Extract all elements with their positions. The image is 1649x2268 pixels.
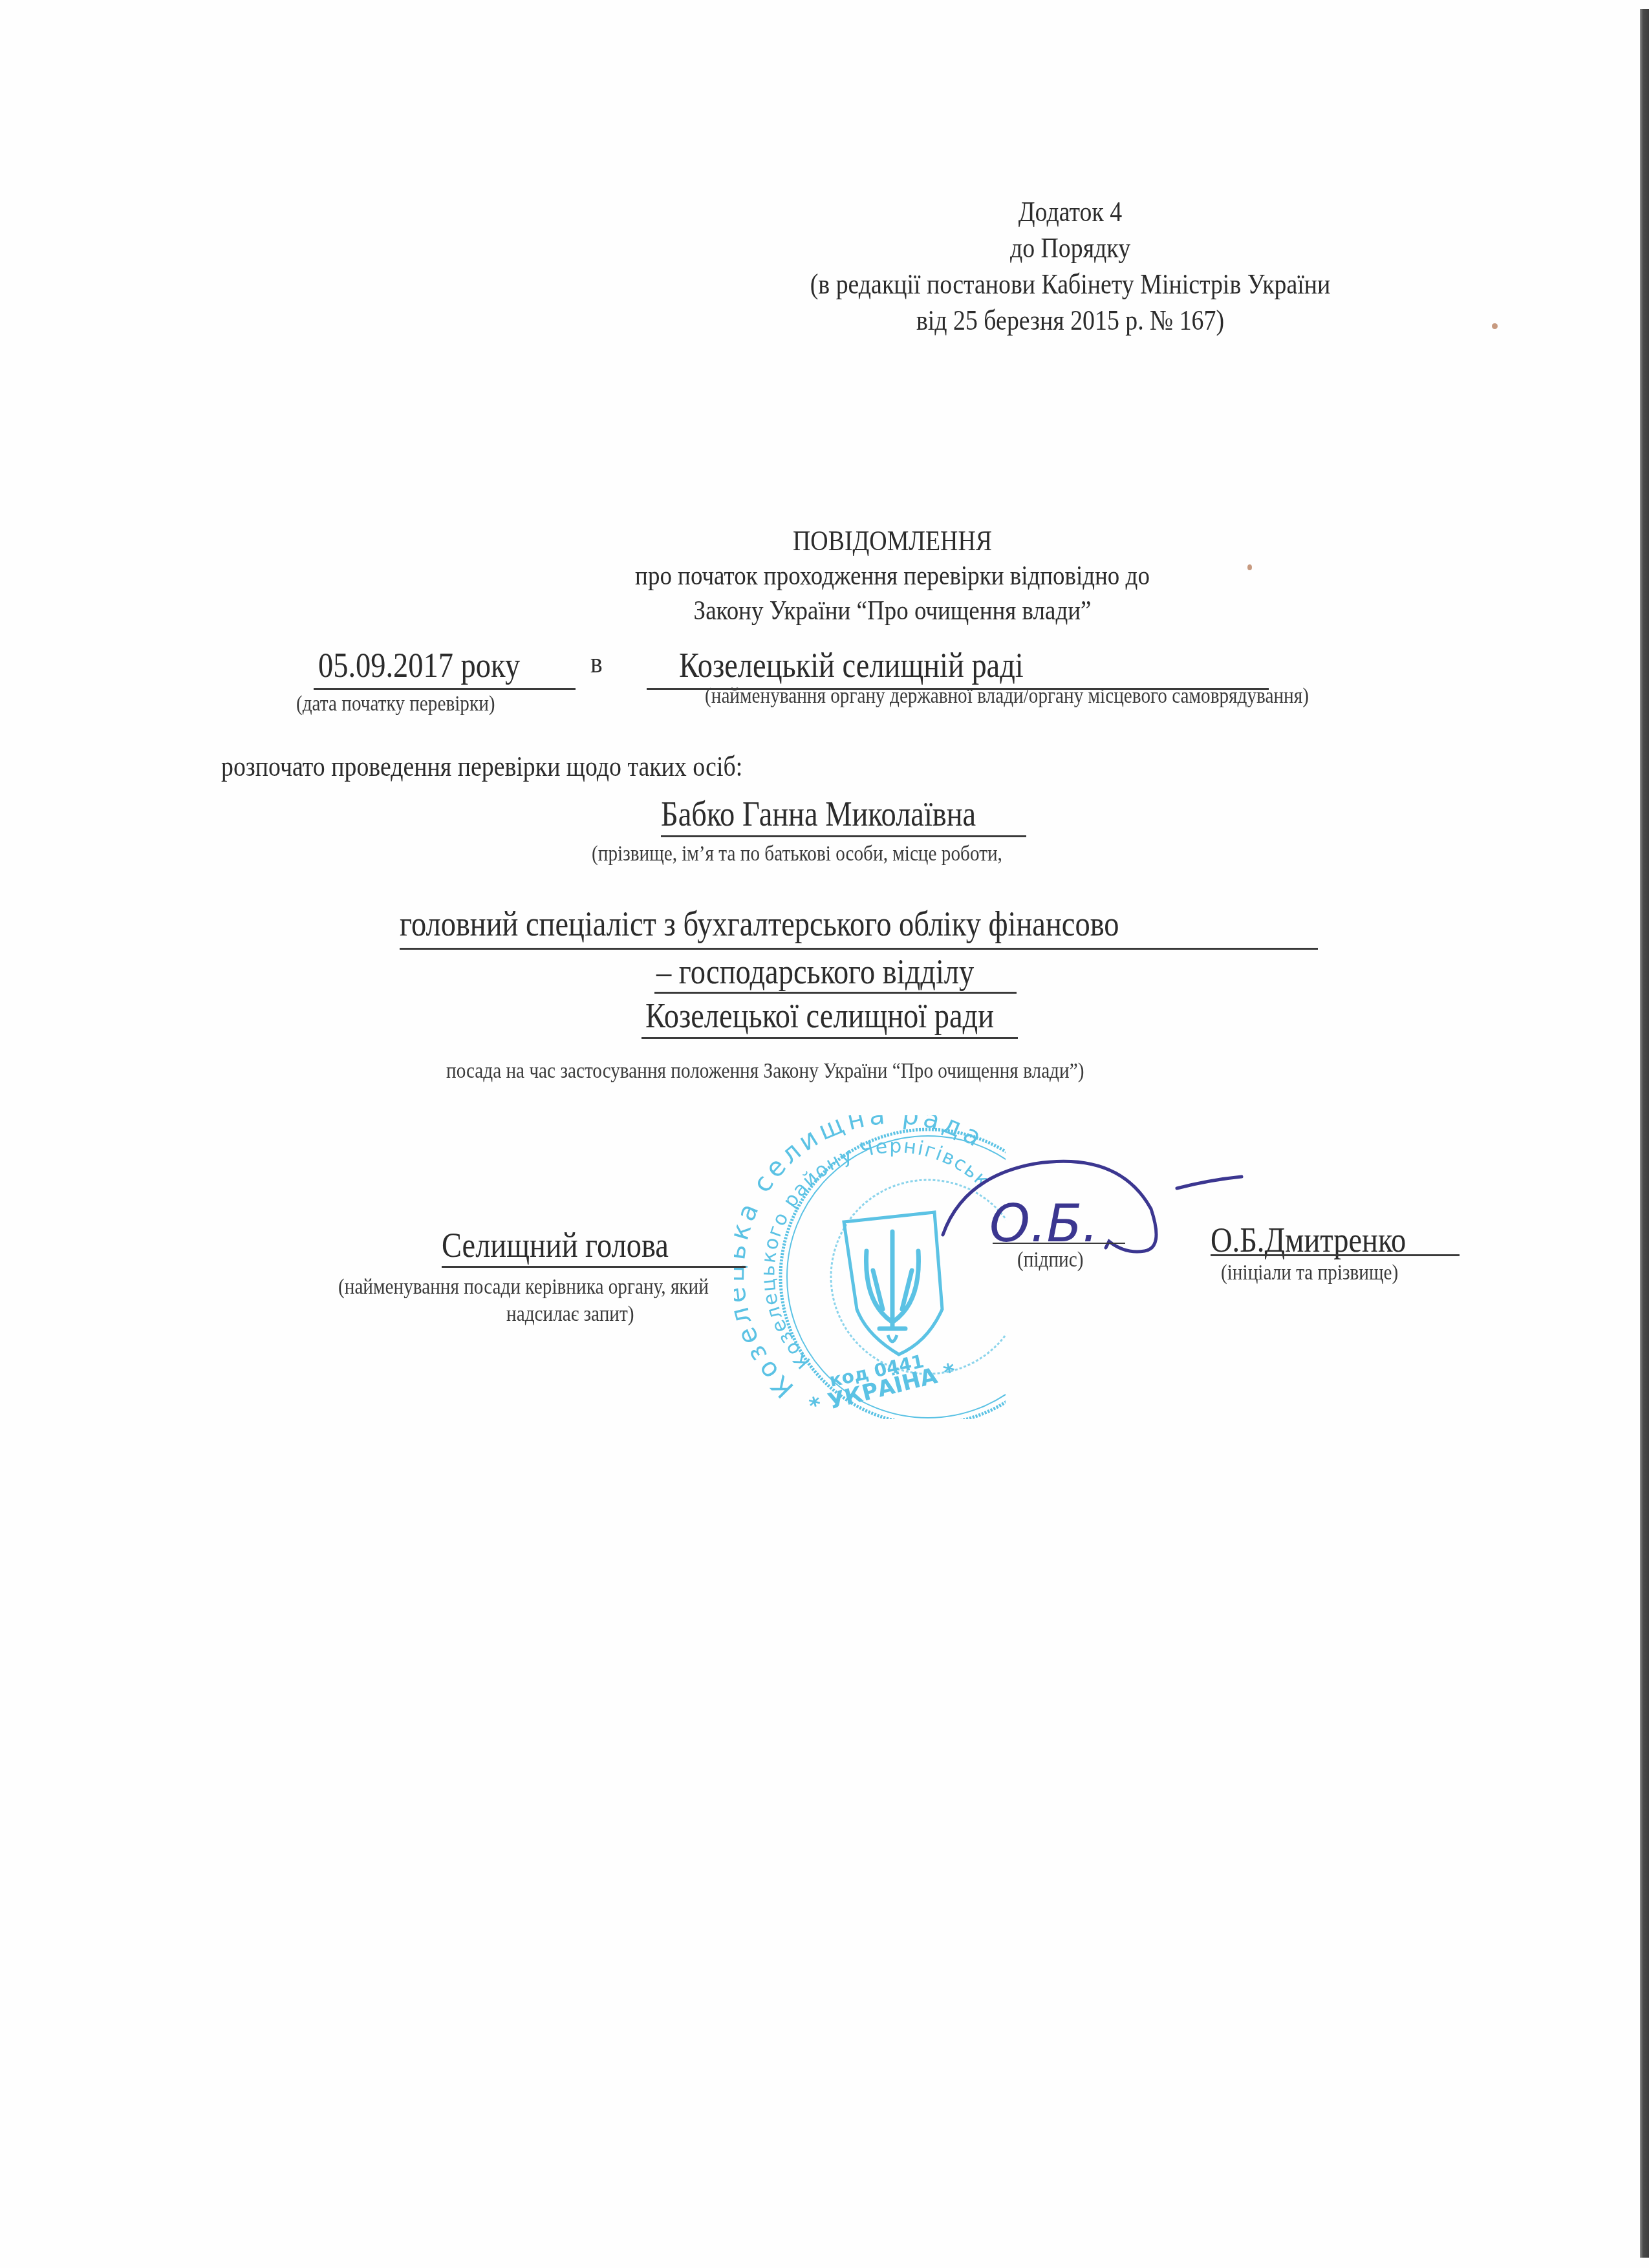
person-position-line-2: – господарського відділу — [656, 952, 974, 992]
scan-speck — [1247, 564, 1252, 570]
signer-name-underline — [1211, 1254, 1460, 1256]
person-name-underline — [661, 835, 1026, 837]
person-name: Бабко Ганна Миколаївна — [661, 794, 976, 834]
person-position-line-3: Козелецької селищної ради — [645, 996, 994, 1036]
appendix-header: Додаток 4 до Порядку (в редакції постано… — [751, 194, 1390, 339]
scan-edge-shadow — [1640, 9, 1649, 2258]
notice-subtitle-1: про початок проходження перевірки відпов… — [559, 559, 1226, 594]
position-line-1-underline — [400, 948, 1318, 950]
position-line-3-underline — [641, 1037, 1018, 1039]
organ-caption: (найменування органу державної влади/орг… — [705, 684, 1309, 709]
appendix-number: Додаток 4 — [751, 194, 1390, 230]
position-caption: посада на час застосування положення Зак… — [446, 1059, 1084, 1084]
appendix-date: від 25 березня 2015 р. № 167) — [751, 303, 1390, 339]
notice-title: ПОВІДОМЛЕННЯ — [559, 524, 1226, 559]
notice-subtitle-2: Закону України “Про очищення влади” — [559, 594, 1226, 628]
signer-position-caption-2: надсилає запит) — [506, 1302, 634, 1327]
signer-name-caption: (ініціали та прізвище) — [1221, 1261, 1398, 1285]
preposition-v: в — [590, 645, 603, 679]
trident-coat-of-arms-icon — [844, 1212, 942, 1354]
signer-position-underline — [442, 1266, 746, 1268]
check-start-date: 05.09.2017 року — [318, 645, 520, 685]
signer-position-caption-1: (найменування посади керівника органу, я… — [338, 1275, 709, 1300]
person-position-line-1: головний спеціаліст з бухгалтерського об… — [400, 904, 1119, 944]
date-underline — [314, 688, 576, 690]
signature-caption: (підпис) — [1017, 1248, 1083, 1272]
appendix-edition: (в редакції постанови Кабінету Міністрів… — [751, 266, 1390, 303]
scan-speck — [1492, 323, 1498, 329]
appendix-procedure: до Порядку — [751, 230, 1390, 266]
signer-position: Селищний голова — [442, 1225, 669, 1265]
date-caption: (дата початку перевірки) — [296, 692, 495, 716]
person-name-caption: (прізвище, ім’я та по батькові особи, мі… — [592, 842, 1002, 866]
check-organ-name: Козелецькій селищній раді — [679, 645, 1024, 685]
notice-title-block: ПОВІДОМЛЕННЯ про початок проходження пер… — [559, 524, 1226, 628]
persons-intro: розпочато проведення перевірки щодо таки… — [221, 750, 742, 783]
signature-initials: О.Б. — [989, 1193, 1099, 1254]
document-page: Додаток 4 до Порядку (в редакції постано… — [0, 0, 1649, 2268]
position-line-2-underline — [654, 992, 1017, 994]
signature-underline — [993, 1243, 1125, 1244]
